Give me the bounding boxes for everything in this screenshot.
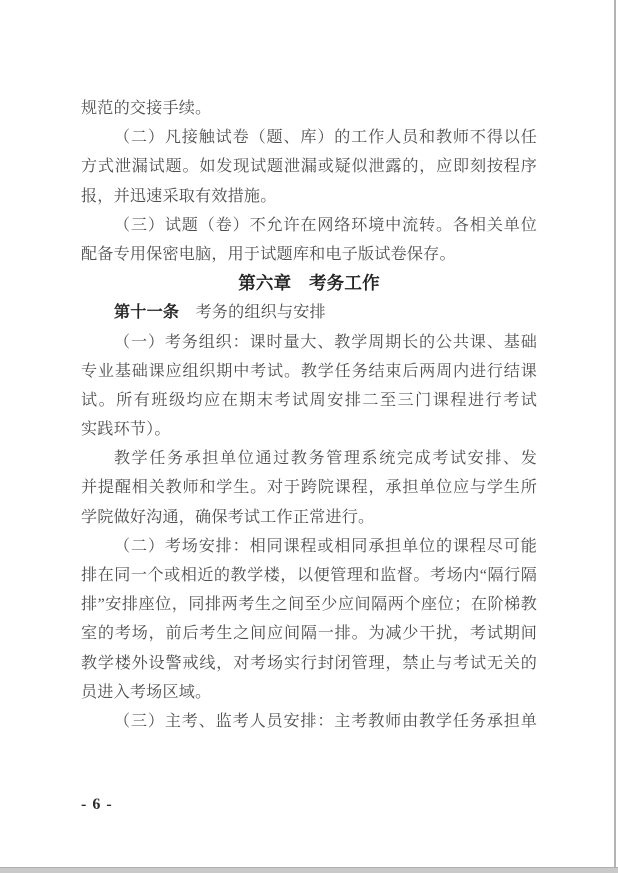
text-line: 规范的交接手续。 [81,94,537,123]
text-line: 员进入考场区域。 [81,678,537,707]
document-page: 规范的交接手续。（二）凡接触试卷（题、库）的工作人员和教师不得以任何方式泄漏试题… [0,0,618,873]
text-line: 室的考场，前后考生之间应间隔一排。为减少干扰，考试期间在 [81,619,537,648]
article-title: 考务的组织与安排 [179,304,326,321]
scan-edge-bottom [0,867,618,873]
text-line: （一）考务组织：课时量大、教学周期长的公共课、基础课、 [81,328,537,357]
text-line: （二）凡接触试卷（题、库）的工作人员和教师不得以任何 [81,123,537,152]
text-line: 教学楼外设警戒线，对考场实行封闭管理，禁止与考试无关的人 [81,649,537,678]
text-line: 实践环节）。 [81,415,537,444]
page-number: - 6 - [81,796,113,814]
text-line: （二）考场安排：相同课程或相同承担单位的课程尽可能安 [81,532,537,561]
text-block: 规范的交接手续。（二）凡接触试卷（题、库）的工作人员和教师不得以任何方式泄漏试题… [81,94,537,736]
text-line: 并提醒相关教师和学生。对于跨院课程，承担单位应与学生所在 [81,473,537,502]
text-line: 报，并迅速采取有效措施。 [81,182,537,211]
text-line: 教学任务承担单位通过教务管理系统完成考试安排、发布， [81,444,537,473]
text-line: 试。所有班级均应在期末考试周安排二至三门课程进行考试（含 [81,386,537,415]
text-line: 学院做好沟通，确保考试工作正常进行。 [81,503,537,532]
text-line: （三）试题（卷）不允许在网络环境中流转。各相关单位应当 [81,211,537,240]
scan-edge-right [614,0,616,873]
text-line: 配备专用保密电脑，用于试题库和电子版试卷保存。 [81,240,537,269]
text-line: 第十一条 考务的组织与安排 [81,298,537,327]
text-line: 排在同一个或相近的教学楼，以便管理和监督。考场内“隔行隔 [81,561,537,590]
text-line: （三）主考、监考人员安排：主考教师由教学任务承担单位 [81,707,537,736]
article-number: 第十一条 [114,304,179,321]
chapter-heading: 第六章 考务工作 [81,269,537,298]
text-line: 专业基础课应组织期中考试。教学任务结束后两周内进行结课考 [81,357,537,386]
text-line: 方式泄漏试题。如发现试题泄漏或疑似泄露的，应即刻按程序上 [81,152,537,181]
text-line: 排”安排座位，同排两考生之间至少应间隔两个座位；在阶梯教 [81,590,537,619]
